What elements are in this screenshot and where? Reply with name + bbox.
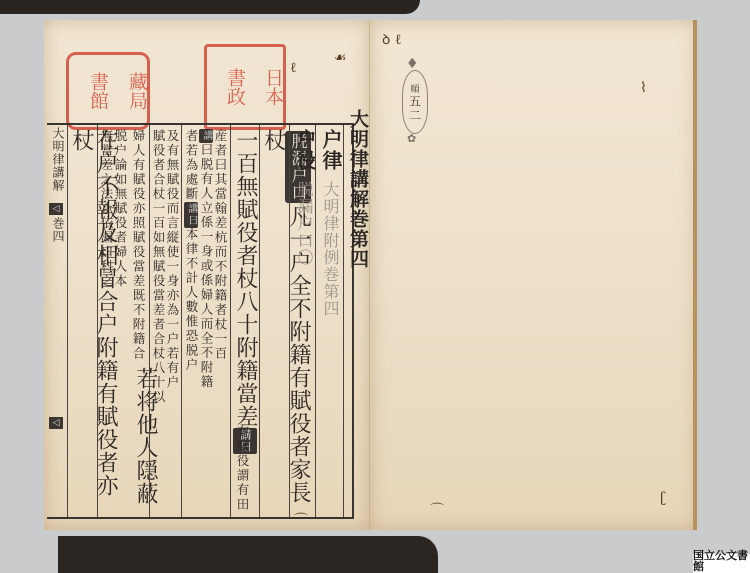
- commentary-column-b: 産者曰其當翰差杭而不附籍者杖一百: [213, 129, 227, 361]
- red-seal-2: 書 日 政 本: [204, 44, 286, 130]
- commentary-label-box: 講: [199, 129, 213, 143]
- commentary-column-a: 有賦役謂有田: [235, 425, 249, 512]
- background-shadow-top: [0, 0, 420, 14]
- page-number-cartouche: 順 五二: [402, 70, 428, 134]
- column-rule: [97, 125, 98, 517]
- column-rule: [181, 125, 182, 517]
- commentary-column-e: 者若為處斷講曰本律不計人數惟恐脱户: [184, 129, 198, 373]
- show-through-text: 大明律附例巻第四: [319, 181, 342, 317]
- wormhole-damage: ☙: [334, 50, 347, 66]
- column-rule: [315, 125, 316, 517]
- fore-edge-margin: 大明律講解 ◁ 巻四 ◁: [47, 125, 68, 517]
- wormhole-damage: ⌇: [640, 80, 647, 96]
- show-through-text: 脱漏户口〇: [293, 181, 316, 266]
- left-page: 書 藏 館 局 書 日 政 本 大明律講解 ◁ 巻四 ◁ 在户不報及相冒合户附籍…: [44, 20, 370, 530]
- commentary-column-i: 脱户論如無賦役者婦人本: [113, 129, 127, 289]
- book-title-column: 大明律講解巻第四: [345, 109, 372, 269]
- column-rule: [343, 125, 344, 517]
- right-page: ♦ 順 五二 ✿ ꝺ ℓ ⌇ ⌒ ʗ: [369, 20, 697, 530]
- column-rule: [149, 125, 150, 517]
- fishtail-mark: ◁: [49, 203, 63, 215]
- wormhole-damage: ⌒: [294, 510, 308, 530]
- commentary-column-c: 講曰脱有人立係一身或係婦人而全不附籍: [199, 129, 213, 390]
- wormhole-damage: ʗ: [660, 490, 666, 506]
- ornament-bottom-icon: ✿: [407, 132, 416, 145]
- column-rule: [259, 125, 260, 517]
- red-seal-1: 書 藏 館 局: [66, 52, 150, 130]
- commentary-label-box: 講曰: [184, 202, 198, 228]
- wormhole-damage: ⌒: [430, 500, 444, 520]
- section-heading-1: 户律: [317, 129, 346, 171]
- background-shadow-bottom: [58, 536, 438, 573]
- commentary-column-j: 無當差之法止依漏口科之: [99, 129, 113, 289]
- national-archives-logo: 国立公文書館 National Archives of Japan: [693, 554, 750, 573]
- wormhole-damage: ℓ: [290, 60, 297, 77]
- commentary-column-h: 婦人有賦役亦照賦役當差既不附籍合: [131, 129, 145, 361]
- commentary-column-g: 賦役者合杖一百如無賦役當差者合杖八十以: [151, 129, 165, 405]
- column-rule: [230, 125, 231, 517]
- column-rule: [289, 125, 290, 517]
- page-number: 五二: [407, 95, 424, 123]
- open-book: 書 藏 館 局 書 日 政 本 大明律講解 ◁ 巻四 ◁ 在户不報及相冒合户附籍…: [44, 14, 696, 539]
- margin-title: 大明律講解: [50, 127, 67, 192]
- fishtail-mark-lower: ◁: [49, 417, 63, 429]
- main-text-column-2: 一百無賦役者杖八十附籍當差講曰: [233, 129, 257, 454]
- commentary-column-f: 及有無賦役而言縦使一身亦為一户若有户: [165, 129, 179, 390]
- margin-volume: 巻四: [50, 217, 67, 243]
- wormhole-damage: ꝺ ℓ: [382, 30, 402, 49]
- text-frame: 大明律講解 ◁ 巻四 ◁ 在户不報及相冒合户附籍有賦役者亦杖 無當差之法止依漏口…: [47, 123, 354, 519]
